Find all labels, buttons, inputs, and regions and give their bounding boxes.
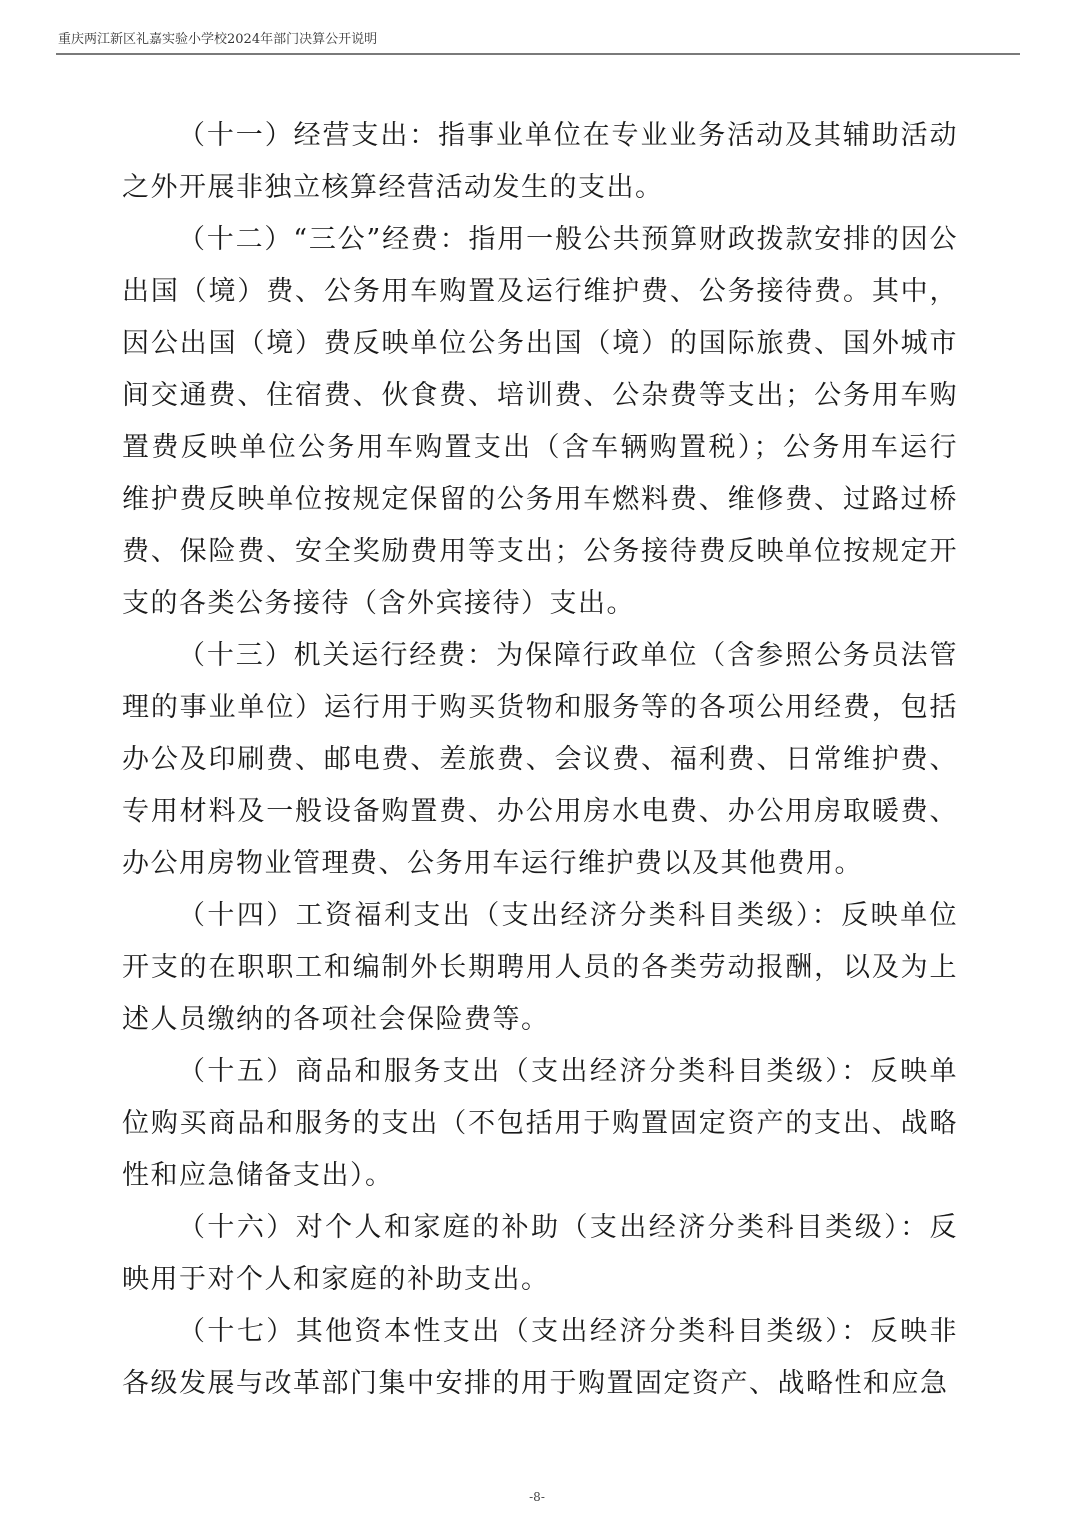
page-header: 重庆两江新区礼嘉实验小学校2024年部门决算公开说明 [56, 30, 1020, 54]
paragraph-15-goods-services-expenditure: （十五）商品和服务支出（支出经济分类科目类级）：反映单位购买商品和服务的支出（不… [122, 1046, 958, 1202]
page-number: -8- [0, 1490, 1074, 1504]
paragraph-12-three-public-expenses: （十二）“三公”经费：指用一般公共预算财政拨款安排的因公出国（境）费、公务用车购… [122, 214, 958, 630]
paragraph-13-agency-operating-expenses: （十三）机关运行经费：为保障行政单位（含参照公务员法管理的事业单位）运行用于购买… [122, 630, 958, 890]
paragraph-16-household-subsidies: （十六）对个人和家庭的补助（支出经济分类科目类级）：反映用于对个人和家庭的补助支… [122, 1202, 958, 1306]
paragraph-11-operating-expenditure: （十一）经营支出：指事业单位在专业业务活动及其辅助活动之外开展非独立核算经营活动… [122, 110, 958, 214]
document-title: 重庆两江新区礼嘉实验小学校2024年部门决算公开说明 [58, 30, 377, 50]
header-divider [56, 53, 1020, 55]
document-body: （十一）经营支出：指事业单位在专业业务活动及其辅助活动之外开展非独立核算经营活动… [122, 110, 958, 1410]
paragraph-14-salary-welfare-expenditure: （十四）工资福利支出（支出经济分类科目类级）：反映单位开支的在职职工和编制外长期… [122, 890, 958, 1046]
paragraph-17-other-capital-expenditure: （十七）其他资本性支出（支出经济分类科目类级）：反映非各级发展与改革部门集中安排… [122, 1306, 958, 1410]
